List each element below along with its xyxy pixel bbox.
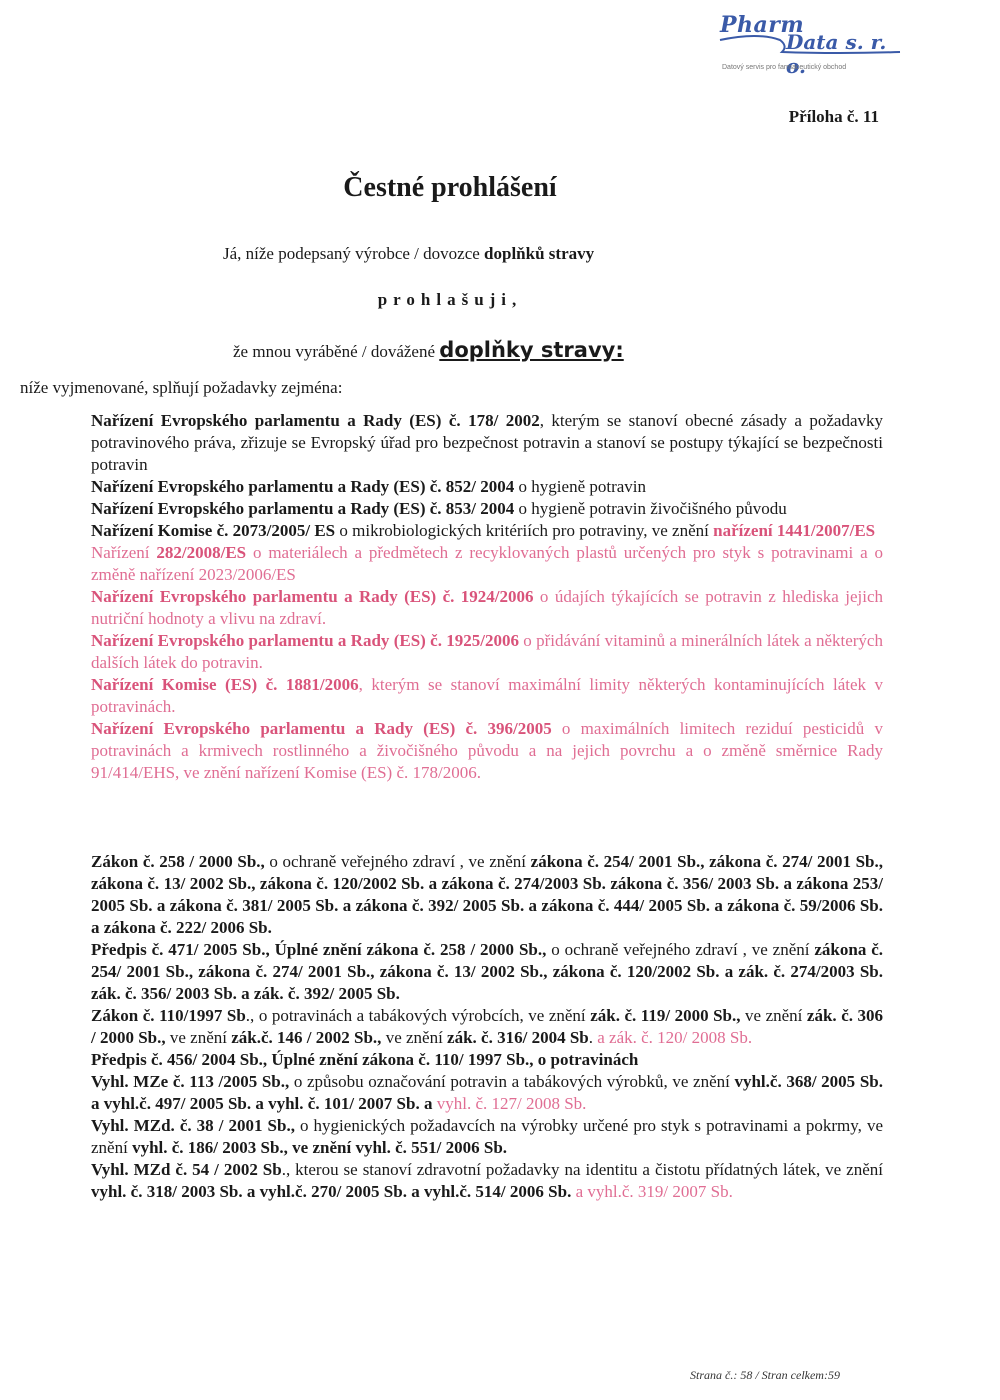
law-reference: Předpis č. 456/ 2004 Sb., Úplné znění zá… (91, 1050, 638, 1069)
law-text: ve znění (741, 1006, 807, 1025)
regulation-item: Nařízení Evropského parlamentu a Rady (E… (91, 410, 883, 476)
law-text: ve znění (166, 1028, 232, 1047)
company-logo: Pharm Data s. r. o. Datový servis pro fa… (718, 10, 908, 75)
intro-line-3: níže vyjmenované, splňují požadavky zejm… (20, 378, 342, 398)
document-title: Čestné prohlášení (0, 172, 900, 204)
amendment-title: Nařízení Evropského parlamentu a Rady (E… (91, 631, 519, 650)
amendment-title: 282/2008/ES (156, 543, 246, 562)
law-text: . (589, 1028, 598, 1047)
amendment-reference: vyhl. č. 127/ 2008 Sb. (437, 1094, 587, 1113)
intro-line-1: Já, níže podepsaný výrobce / dovozce dop… (223, 244, 594, 264)
regulation-item: Nařízení Komise č. 2073/2005/ ES o mikro… (91, 520, 883, 542)
law-text: o způsobu označování potravin a tabákový… (289, 1072, 734, 1091)
regulation-item: Nařízení Evropského parlamentu a Rady (E… (91, 718, 883, 784)
regulation-item: Nařízení Evropského parlamentu a Rady (E… (91, 476, 883, 498)
law-item: Zákon č. 258 / 2000 Sb., o ochraně veřej… (91, 851, 883, 939)
intro-line-2-text: že mnou vyráběné / dovážené (233, 342, 439, 361)
law-reference: Zákon č. 110/1997 Sb (91, 1006, 246, 1025)
regulation-item: Nařízení 282/2008/ES o materiálech a pře… (91, 542, 883, 586)
page-number: Strana č.: 58 / Stran celkem:59 (690, 1368, 840, 1383)
intro-line-2: že mnou vyráběné / dovážené doplňky stra… (233, 338, 624, 362)
law-text: ., o potravinách a tabákových výrobcích,… (246, 1006, 590, 1025)
law-item: Předpis č. 456/ 2004 Sb., Úplné znění zá… (91, 1049, 883, 1071)
law-item: Vyhl. MZd. č. 38 / 2001 Sb., o hygienick… (91, 1115, 883, 1159)
regulation-description: o hygieně potravin živočišného původu (514, 499, 786, 518)
intro-line-1-bold: doplňků stravy (484, 244, 594, 263)
regulation-title: Nařízení Evropského parlamentu a Rady (E… (91, 411, 540, 430)
law-reference: Vyhl. MZd č. 54 / 2002 Sb (91, 1160, 282, 1179)
law-item: Vyhl. MZe č. 113 /2005 Sb., o způsobu oz… (91, 1071, 883, 1115)
law-reference: Zákon č. 258 / 2000 Sb., (91, 852, 265, 871)
regulation-title: Nařízení Evropského parlamentu a Rady (E… (91, 477, 514, 496)
amendment-title: nařízení 1441/2007/ES (713, 521, 875, 540)
annex-label: Příloha č. 11 (789, 107, 879, 127)
law-reference: zák. č. 119/ 2000 Sb., (590, 1006, 740, 1025)
logo-tagline: Datový servis pro farmaceutický obchod (722, 64, 846, 71)
amendment-title: Nařízení Komise (ES) č. 1881/2006 (91, 675, 359, 694)
regulation-description: o mikrobiologických kritériích pro potra… (335, 521, 713, 540)
law-reference: Vyhl. MZe č. 113 /2005 Sb., (91, 1072, 289, 1091)
regulation-description: o hygieně potravin (514, 477, 646, 496)
amendment-reference: a vyhl.č. 319/ 2007 Sb. (576, 1182, 733, 1201)
regulation-item: Nařízení Komise (ES) č. 1881/2006, který… (91, 674, 883, 718)
law-text: ve znění (381, 1028, 447, 1047)
eu-regulations-list: Nařízení Evropského parlamentu a Rady (E… (91, 410, 883, 784)
law-reference: zák. č. 316/ 2004 Sb (447, 1028, 589, 1047)
law-text: o ochraně veřejného zdraví , ve znění (265, 852, 531, 871)
amendment-title: Nařízení Evropského parlamentu a Rady (E… (91, 719, 552, 738)
law-item: Předpis č. 471/ 2005 Sb., Úplné znění zá… (91, 939, 883, 1005)
declaration-word: prohlašuji, (0, 290, 900, 310)
amendment-reference: a zák. č. 120/ 2008 Sb. (597, 1028, 752, 1047)
law-reference: vyhl. č. 318/ 2003 Sb. a vyhl.č. 270/ 20… (91, 1182, 571, 1201)
amendment-title: Nařízení Evropského parlamentu a Rady (E… (91, 587, 534, 606)
law-item: Zákon č. 110/1997 Sb., o potravinách a t… (91, 1005, 883, 1049)
regulation-item: Nařízení Evropského parlamentu a Rady (E… (91, 586, 883, 630)
amendment-text: Nařízení (91, 543, 156, 562)
intro-line-1-text: Já, níže podepsaný výrobce / dovozce (223, 244, 484, 263)
law-reference: Předpis č. 471/ 2005 Sb., Úplné znění zá… (91, 940, 546, 959)
law-text: ., kterou se stanoví zdravotní požadavky… (282, 1160, 883, 1179)
regulation-title: Nařízení Komise č. 2073/2005/ ES (91, 521, 335, 540)
regulation-item: Nařízení Evropského parlamentu a Rady (E… (91, 498, 883, 520)
law-reference: vyhl. č. 186/ 2003 Sb., ve znění vyhl. č… (132, 1138, 507, 1157)
regulation-title: Nařízení Evropského parlamentu a Rady (E… (91, 499, 514, 518)
law-item: Vyhl. MZd č. 54 / 2002 Sb., kterou se st… (91, 1159, 883, 1203)
czech-laws-list: Zákon č. 258 / 2000 Sb., o ochraně veřej… (91, 851, 883, 1203)
law-reference: zák.č. 146 / 2002 Sb., (231, 1028, 381, 1047)
law-text: o ochraně veřejného zdraví , ve znění (546, 940, 814, 959)
intro-line-2-bold: doplňky stravy: (439, 338, 623, 362)
regulation-item: Nařízení Evropského parlamentu a Rady (E… (91, 630, 883, 674)
law-reference: Vyhl. MZd. č. 38 / 2001 Sb., (91, 1116, 295, 1135)
